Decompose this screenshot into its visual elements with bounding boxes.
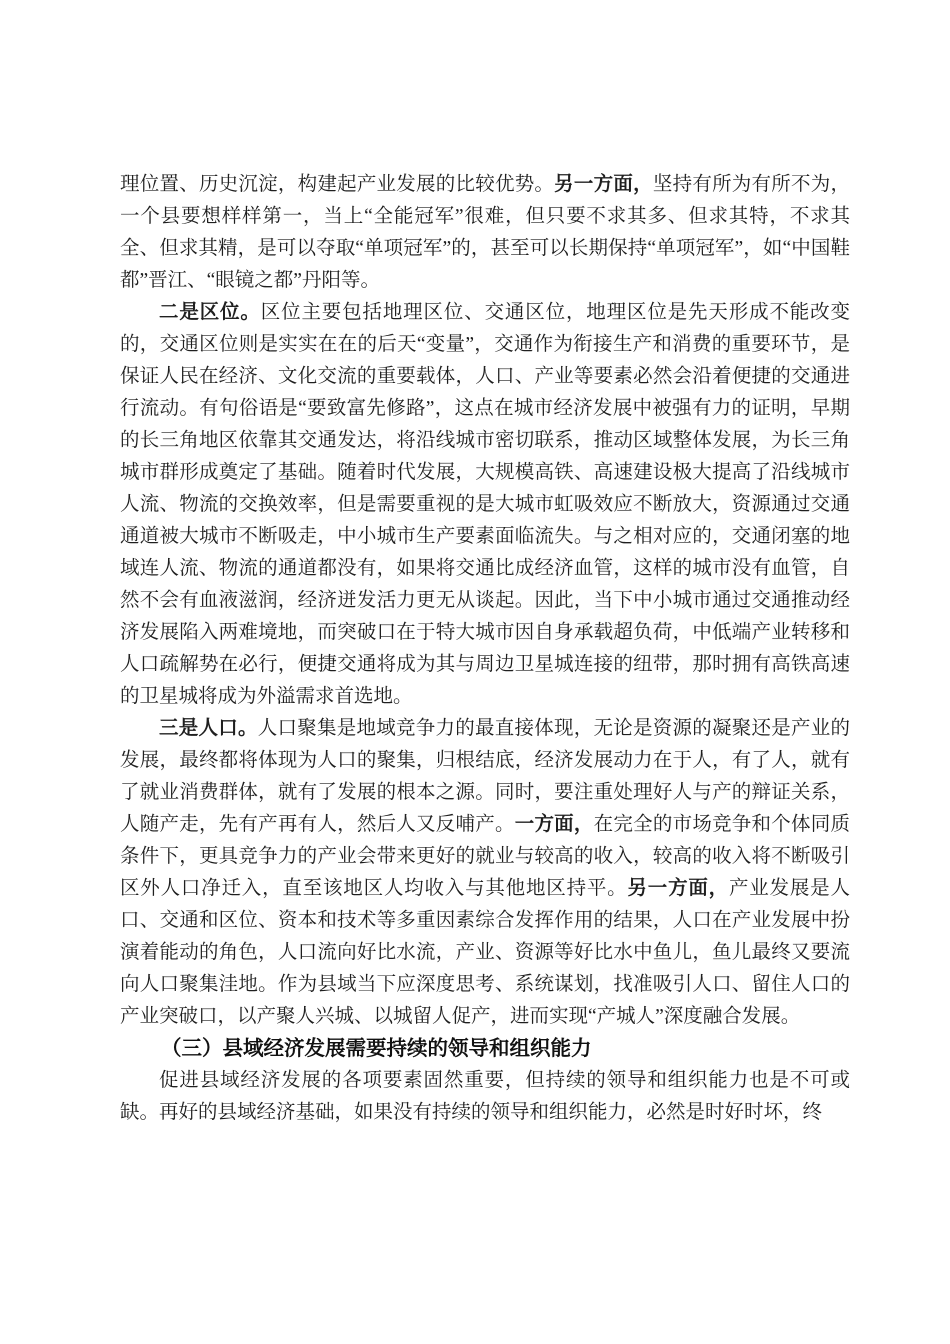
paragraph-advantage-continuation: 理位置、历史沉淀，构建起产业发展的比较优势。另一方面，坚持有所为有所不为，一个县… bbox=[120, 169, 850, 297]
document-page: 理位置、历史沉淀，构建起产业发展的比较优势。另一方面，坚持有所为有所不为，一个县… bbox=[0, 0, 950, 1344]
text-run: 理位置、历史沉淀，构建起产业发展的比较优势。 bbox=[120, 174, 554, 195]
text-run: 产业发展是人口、交通和区位、资本和技术等多重因素综合发挥作用的结果，人口在产业发… bbox=[120, 878, 850, 1027]
text-run-bold-third-is-population: 三是人口。 bbox=[159, 718, 258, 739]
heading-text: （三）县域经济发展需要持续的领导和组织能力 bbox=[161, 1037, 592, 1060]
paragraph-location: 二是区位。区位主要包括地理区位、交通区位，地理区位是先天形成不能改变的，交通区位… bbox=[120, 297, 850, 713]
text-run-bold-second-is-location: 二是区位。 bbox=[159, 302, 261, 323]
paragraph-population: 三是人口。人口聚集是地域竞争力的最直接体现，无论是资源的凝聚还是产业的发展，最终… bbox=[120, 713, 850, 1033]
text-run-bold-another-aspect: 另一方面， bbox=[627, 878, 729, 899]
paragraph-leadership: 促进县域经济发展的各项要素固然重要，但持续的领导和组织能力也是不可或缺。再好的县… bbox=[120, 1065, 850, 1129]
text-run: 区位主要包括地理区位、交通区位，地理区位是先天形成不能改变的，交通区位则是实实在… bbox=[120, 302, 850, 707]
heading-section-three: （三）县域经济发展需要持续的领导和组织能力 bbox=[120, 1033, 850, 1065]
text-run-bold-one-aspect: 一方面， bbox=[515, 814, 594, 835]
text-run-bold-another-aspect: 另一方面， bbox=[554, 174, 653, 195]
text-run: 促进县域经济发展的各项要素固然重要，但持续的领导和组织能力也是不可或缺。再好的县… bbox=[120, 1070, 850, 1123]
